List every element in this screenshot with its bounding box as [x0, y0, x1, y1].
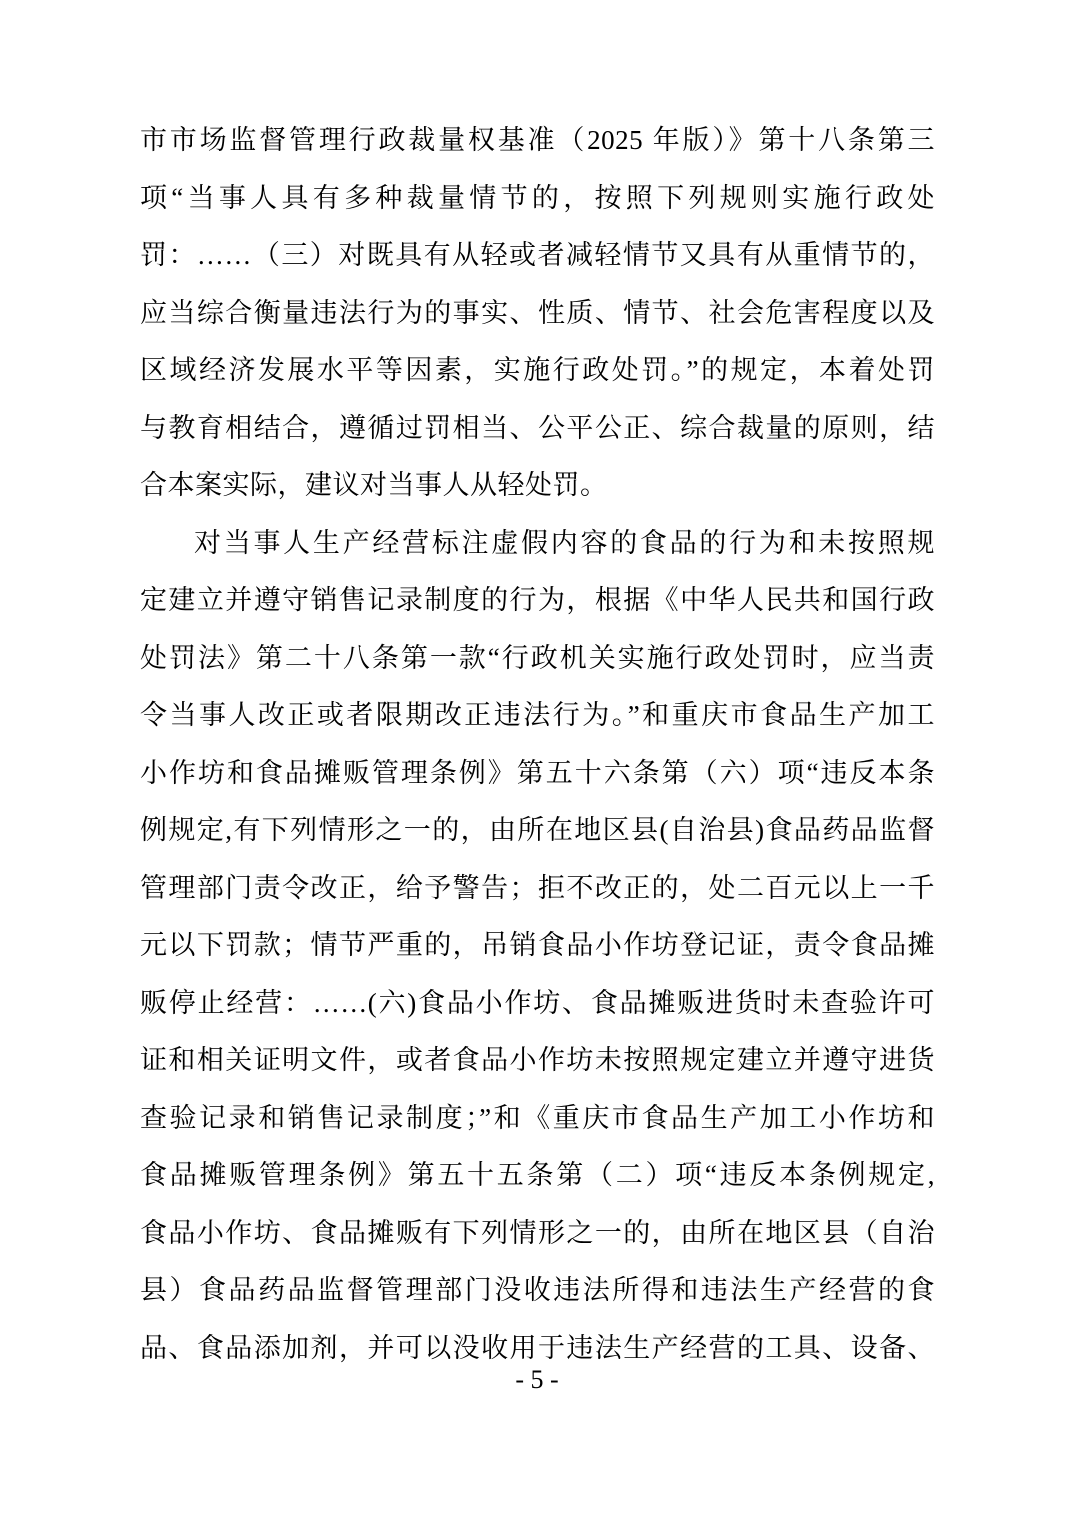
text-line: 定建立并遵守销售记录制度的行为，根据《中华人民共和国行政	[140, 572, 935, 630]
paragraph: 对当事人生产经营标注虚假内容的食品的行为和未按照规 定建立并遵守销售记录制度的行…	[140, 515, 935, 1378]
text-line: 食品小作坊、食品摊贩有下列情形之一的，由所在地区县（自治	[140, 1205, 935, 1263]
text-line: 例规定,有下列情形之一的，由所在地区县(自治县)食品药品监督	[140, 802, 935, 860]
text-line: 县）食品药品监督管理部门没收违法所得和违法生产经营的食	[140, 1262, 935, 1320]
text-line: 小作坊和食品摊贩管理条例》第五十六条第（六）项“违反本条	[140, 745, 935, 803]
text-line: 应当综合衡量违法行为的事实、性质、情节、社会危害程度以及	[140, 285, 935, 343]
text-line: 元以下罚款；情节严重的，吊销食品小作坊登记证，责令食品摊	[140, 917, 935, 975]
text-line: 区域经济发展水平等因素，实施行政处罚。”的规定，本着处罚	[140, 342, 935, 400]
text-line: 罚：……（三）对既具有从轻或者减轻情节又具有从重情节的，	[140, 227, 935, 285]
document-body: 市市场监督管理行政裁量权基准（2025 年版）》第十八条第三 项“当事人具有多种…	[140, 112, 935, 1377]
page-footer: - 5 -	[0, 1364, 1074, 1396]
text-line: 对当事人生产经营标注虚假内容的食品的行为和未按照规	[140, 515, 935, 573]
text-line: 食品摊贩管理条例》第五十五条第（二）项“违反本条例规定,	[140, 1147, 935, 1205]
paragraph: 市市场监督管理行政裁量权基准（2025 年版）》第十八条第三 项“当事人具有多种…	[140, 112, 935, 515]
text-line: 令当事人改正或者限期改正违法行为。”和重庆市食品生产加工	[140, 687, 935, 745]
text-line: 项“当事人具有多种裁量情节的，按照下列规则实施行政处	[140, 170, 935, 228]
text-line: 贩停止经营：……(六)食品小作坊、食品摊贩进货时未查验许可	[140, 975, 935, 1033]
text-line: 与教育相结合，遵循过罚相当、公平公正、综合裁量的原则，结	[140, 400, 935, 458]
document-page: 市市场监督管理行政裁量权基准（2025 年版）》第十八条第三 项“当事人具有多种…	[0, 0, 1074, 1520]
text-line: 合本案实际，建议对当事人从轻处罚。	[140, 457, 935, 515]
text-line: 市市场监督管理行政裁量权基准（2025 年版）》第十八条第三	[140, 112, 935, 170]
text-line: 证和相关证明文件，或者食品小作坊未按照规定建立并遵守进货	[140, 1032, 935, 1090]
text-line: 处罚法》第二十八条第一款“行政机关实施行政处罚时，应当责	[140, 630, 935, 688]
page-number: - 5 -	[515, 1365, 558, 1394]
text-line: 管理部门责令改正，给予警告；拒不改正的，处二百元以上一千	[140, 860, 935, 918]
text-line: 查验记录和销售记录制度；”和《重庆市食品生产加工小作坊和	[140, 1090, 935, 1148]
